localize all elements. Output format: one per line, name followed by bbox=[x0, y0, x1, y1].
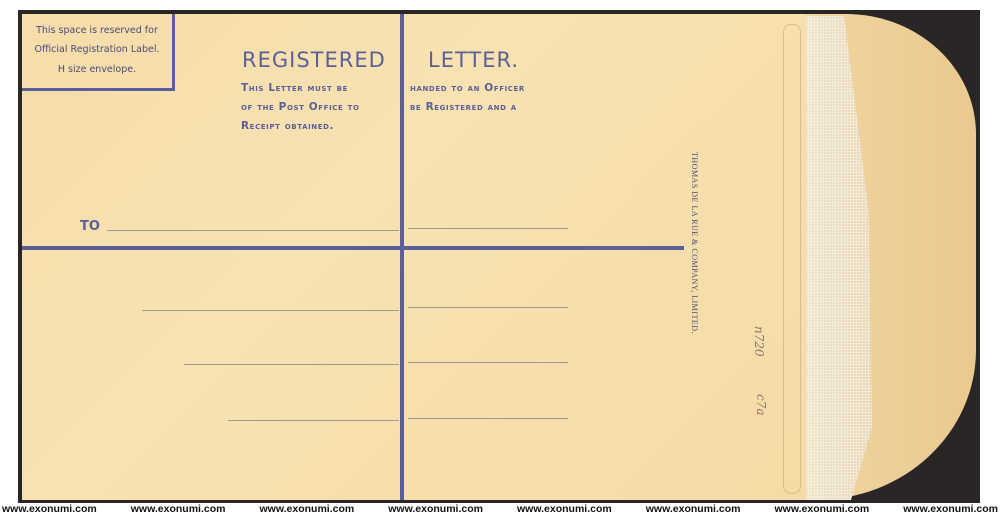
watermark-text: www.exonumi.com bbox=[388, 503, 483, 516]
horizontal-blue-cross-band bbox=[22, 246, 684, 250]
pencil-note: n720 bbox=[752, 326, 766, 357]
label-box-line: H size envelope. bbox=[22, 64, 172, 75]
notice-line: be Registered and a bbox=[410, 101, 517, 113]
printer-imprint: THOMAS DE LA RUE & COMPANY, LIMITED. bbox=[690, 152, 699, 334]
notice-line: Receipt obtained. bbox=[241, 120, 334, 132]
watermark-strip: www.exonumi.com www.exonumi.com www.exon… bbox=[0, 503, 1000, 516]
address-line-2-right bbox=[408, 307, 568, 308]
address-line-1-left bbox=[107, 230, 399, 231]
watermark-text: www.exonumi.com bbox=[517, 503, 612, 516]
notice-text: Receipt obtained. bbox=[241, 120, 334, 132]
watermark-text: www.exonumi.com bbox=[646, 503, 741, 516]
to-label: TO bbox=[80, 219, 100, 234]
address-line-1-right bbox=[408, 228, 568, 229]
watermark-text: www.exonumi.com bbox=[775, 503, 870, 516]
label-box-line: Official Registration Label. bbox=[22, 44, 172, 55]
pencil-note: c7a bbox=[754, 394, 768, 416]
notice-text: handed to an Officer bbox=[410, 82, 525, 94]
registration-label-box: This space is reserved for Official Regi… bbox=[22, 14, 175, 91]
address-line-2-left bbox=[142, 310, 399, 311]
address-line-4-left bbox=[228, 420, 399, 421]
notice-line: of the Post Office to bbox=[241, 101, 360, 113]
address-line-4-right bbox=[408, 418, 568, 419]
notice-text: of the Post Office to bbox=[241, 101, 360, 113]
watermark-text: www.exonumi.com bbox=[903, 503, 998, 516]
notice-line: This Letter must be bbox=[241, 82, 348, 94]
watermark-text: www.exonumi.com bbox=[2, 503, 97, 516]
flap-fold-outline bbox=[783, 24, 801, 494]
notice-line: handed to an Officer bbox=[410, 82, 525, 94]
label-box-line: This space is reserved for bbox=[22, 25, 172, 36]
address-line-3-left bbox=[184, 364, 399, 365]
watermark-text: www.exonumi.com bbox=[131, 503, 226, 516]
address-line-3-right bbox=[408, 362, 568, 363]
notice-text: be Registered and a bbox=[410, 101, 517, 113]
heading-letter: LETTER. bbox=[428, 48, 519, 72]
watermark-text: www.exonumi.com bbox=[260, 503, 355, 516]
notice-text: This Letter must be bbox=[241, 82, 348, 94]
heading-registered: REGISTERED bbox=[242, 48, 386, 72]
vertical-blue-cross-band bbox=[400, 14, 404, 500]
